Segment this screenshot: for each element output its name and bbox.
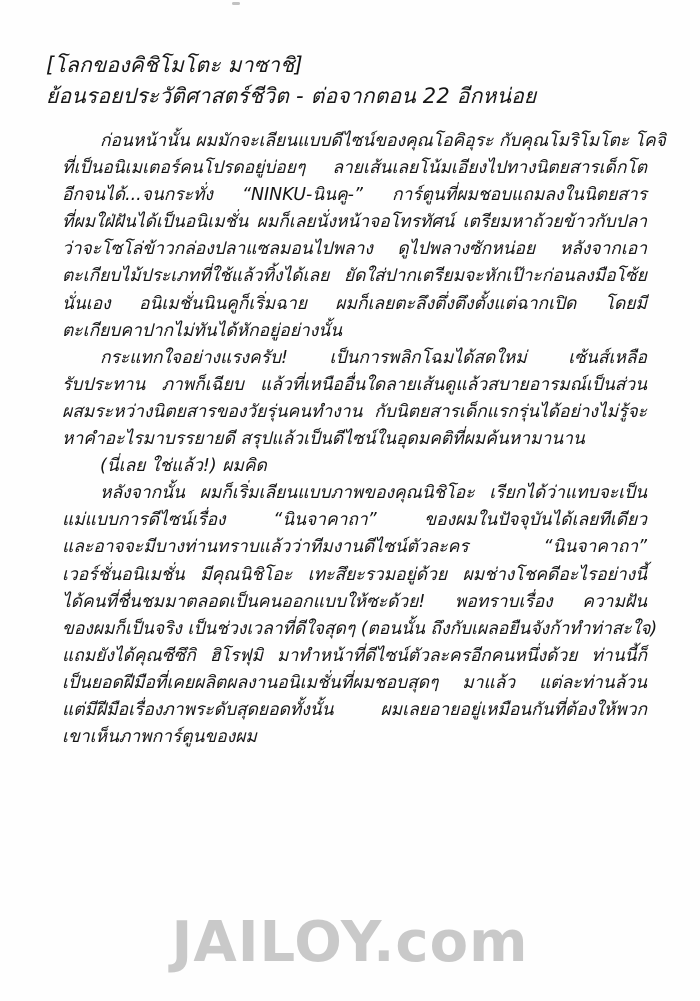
body-line: หลังจากนั้น ผมก็เริ่มเลียนแบบภาพของคุณนิ…	[62, 480, 647, 507]
body-line: ตะเกียบคาปากไม่ทันได้หักอยู่อย่างนั้น	[62, 318, 647, 345]
body-line: ผสมระหว่างนิตยสารของวัยรุ่นคนทำงาน กับนิ…	[62, 399, 647, 426]
body-line: (นี่เลย ใช่แล้ว!) ผมคิด	[62, 453, 647, 480]
body-line: แต่มีฝีมือเรื่องภาพระดับสุดยอดทั้งนั้น ผ…	[62, 697, 647, 724]
body-line: ที่ผมใฝ่ฝันได้เป็นอนิเมชั่น ผมก็เลยนั่งห…	[62, 209, 647, 236]
section-subtitle: ย้อนรอยประวัติศาสตร์ชีวิต - ต่อจากตอน 22…	[46, 81, 666, 112]
body-line: ก่อนหน้านั้น ผมมักจะเลียนแบบดีไซน์ของคุณ…	[62, 128, 647, 155]
body-line: หาคำอะไรมาบรรยายดี สรุปแล้วเป็นดีไซน์ในอ…	[62, 426, 647, 453]
body-line: เขาเห็นภาพการ์ตูนของผม	[62, 724, 647, 751]
scan-speck	[232, 2, 240, 5]
body-line: แถมยังได้คุณซีซึกิ ฮิโรฟุมิ มาทำหน้าที่ด…	[62, 643, 647, 670]
body-line: ของผมก็เป็นจริง เป็นช่วงเวลาที่ดีใจสุดๆ …	[62, 616, 647, 643]
watermark: JAILOY.com	[0, 910, 700, 975]
body-line: เวอร์ชั่นอนิเมชั่น มีคุณนิชิโอะ เทะสึยะร…	[62, 562, 647, 589]
scanned-page: [โลกของคิชิโมโตะ มาซาชิ] ย้อนรอยประวัติศ…	[0, 0, 700, 1001]
body-line: เป็นยอดฝีมือที่เคยผลิตผลงานอนิเมชั่นที่ผ…	[62, 670, 647, 697]
body-line: ว่าจะโซโล่ข้าวกล่องปลาแซลมอนไปพลาง ดูไปพ…	[62, 236, 647, 263]
body-text: ก่อนหน้านั้น ผมมักจะเลียนแบบดีไซน์ของคุณ…	[62, 128, 647, 751]
body-line: แม่แบบการดีไซน์เรื่อง “นินจาคาถา” ของผมใ…	[62, 507, 647, 534]
body-line: รับประทาน ภาพก็เฉียบ แล้วที่เหนืออื่นใดล…	[62, 372, 647, 399]
body-line: นั่นเอง อนิเมชั่นนินคูก็เริ่มฉาย ผมก็เลย…	[62, 291, 647, 318]
body-line: อีกจนได้...จนกระทั่ง “NINKU-นินคู-” การ์…	[62, 182, 647, 209]
body-line: ตะเกียบไม้ประเภทที่ใช้แล้วทิ้งได้เลย ยัด…	[62, 263, 647, 290]
heading-block: [โลกของคิชิโมโตะ มาซาชิ] ย้อนรอยประวัติศ…	[46, 50, 666, 112]
body-line: ได้คนที่ชื่นชมมาตลอดเป็นคนออกแบบให้ซะด้ว…	[62, 589, 647, 616]
body-line: และอาจจะมีบางท่านทราบแล้วว่าทีมงานดีไซน์…	[62, 534, 647, 561]
section-title: [โลกของคิชิโมโตะ มาซาชิ]	[46, 50, 666, 81]
body-line: กระแทกใจอย่างแรงครับ! เป็นการพลิกโฉมได้ส…	[62, 345, 647, 372]
body-line: ที่เป็นอนิเมเตอร์คนโปรดอยู่บ่อยๆ ลายเส้น…	[62, 155, 647, 182]
